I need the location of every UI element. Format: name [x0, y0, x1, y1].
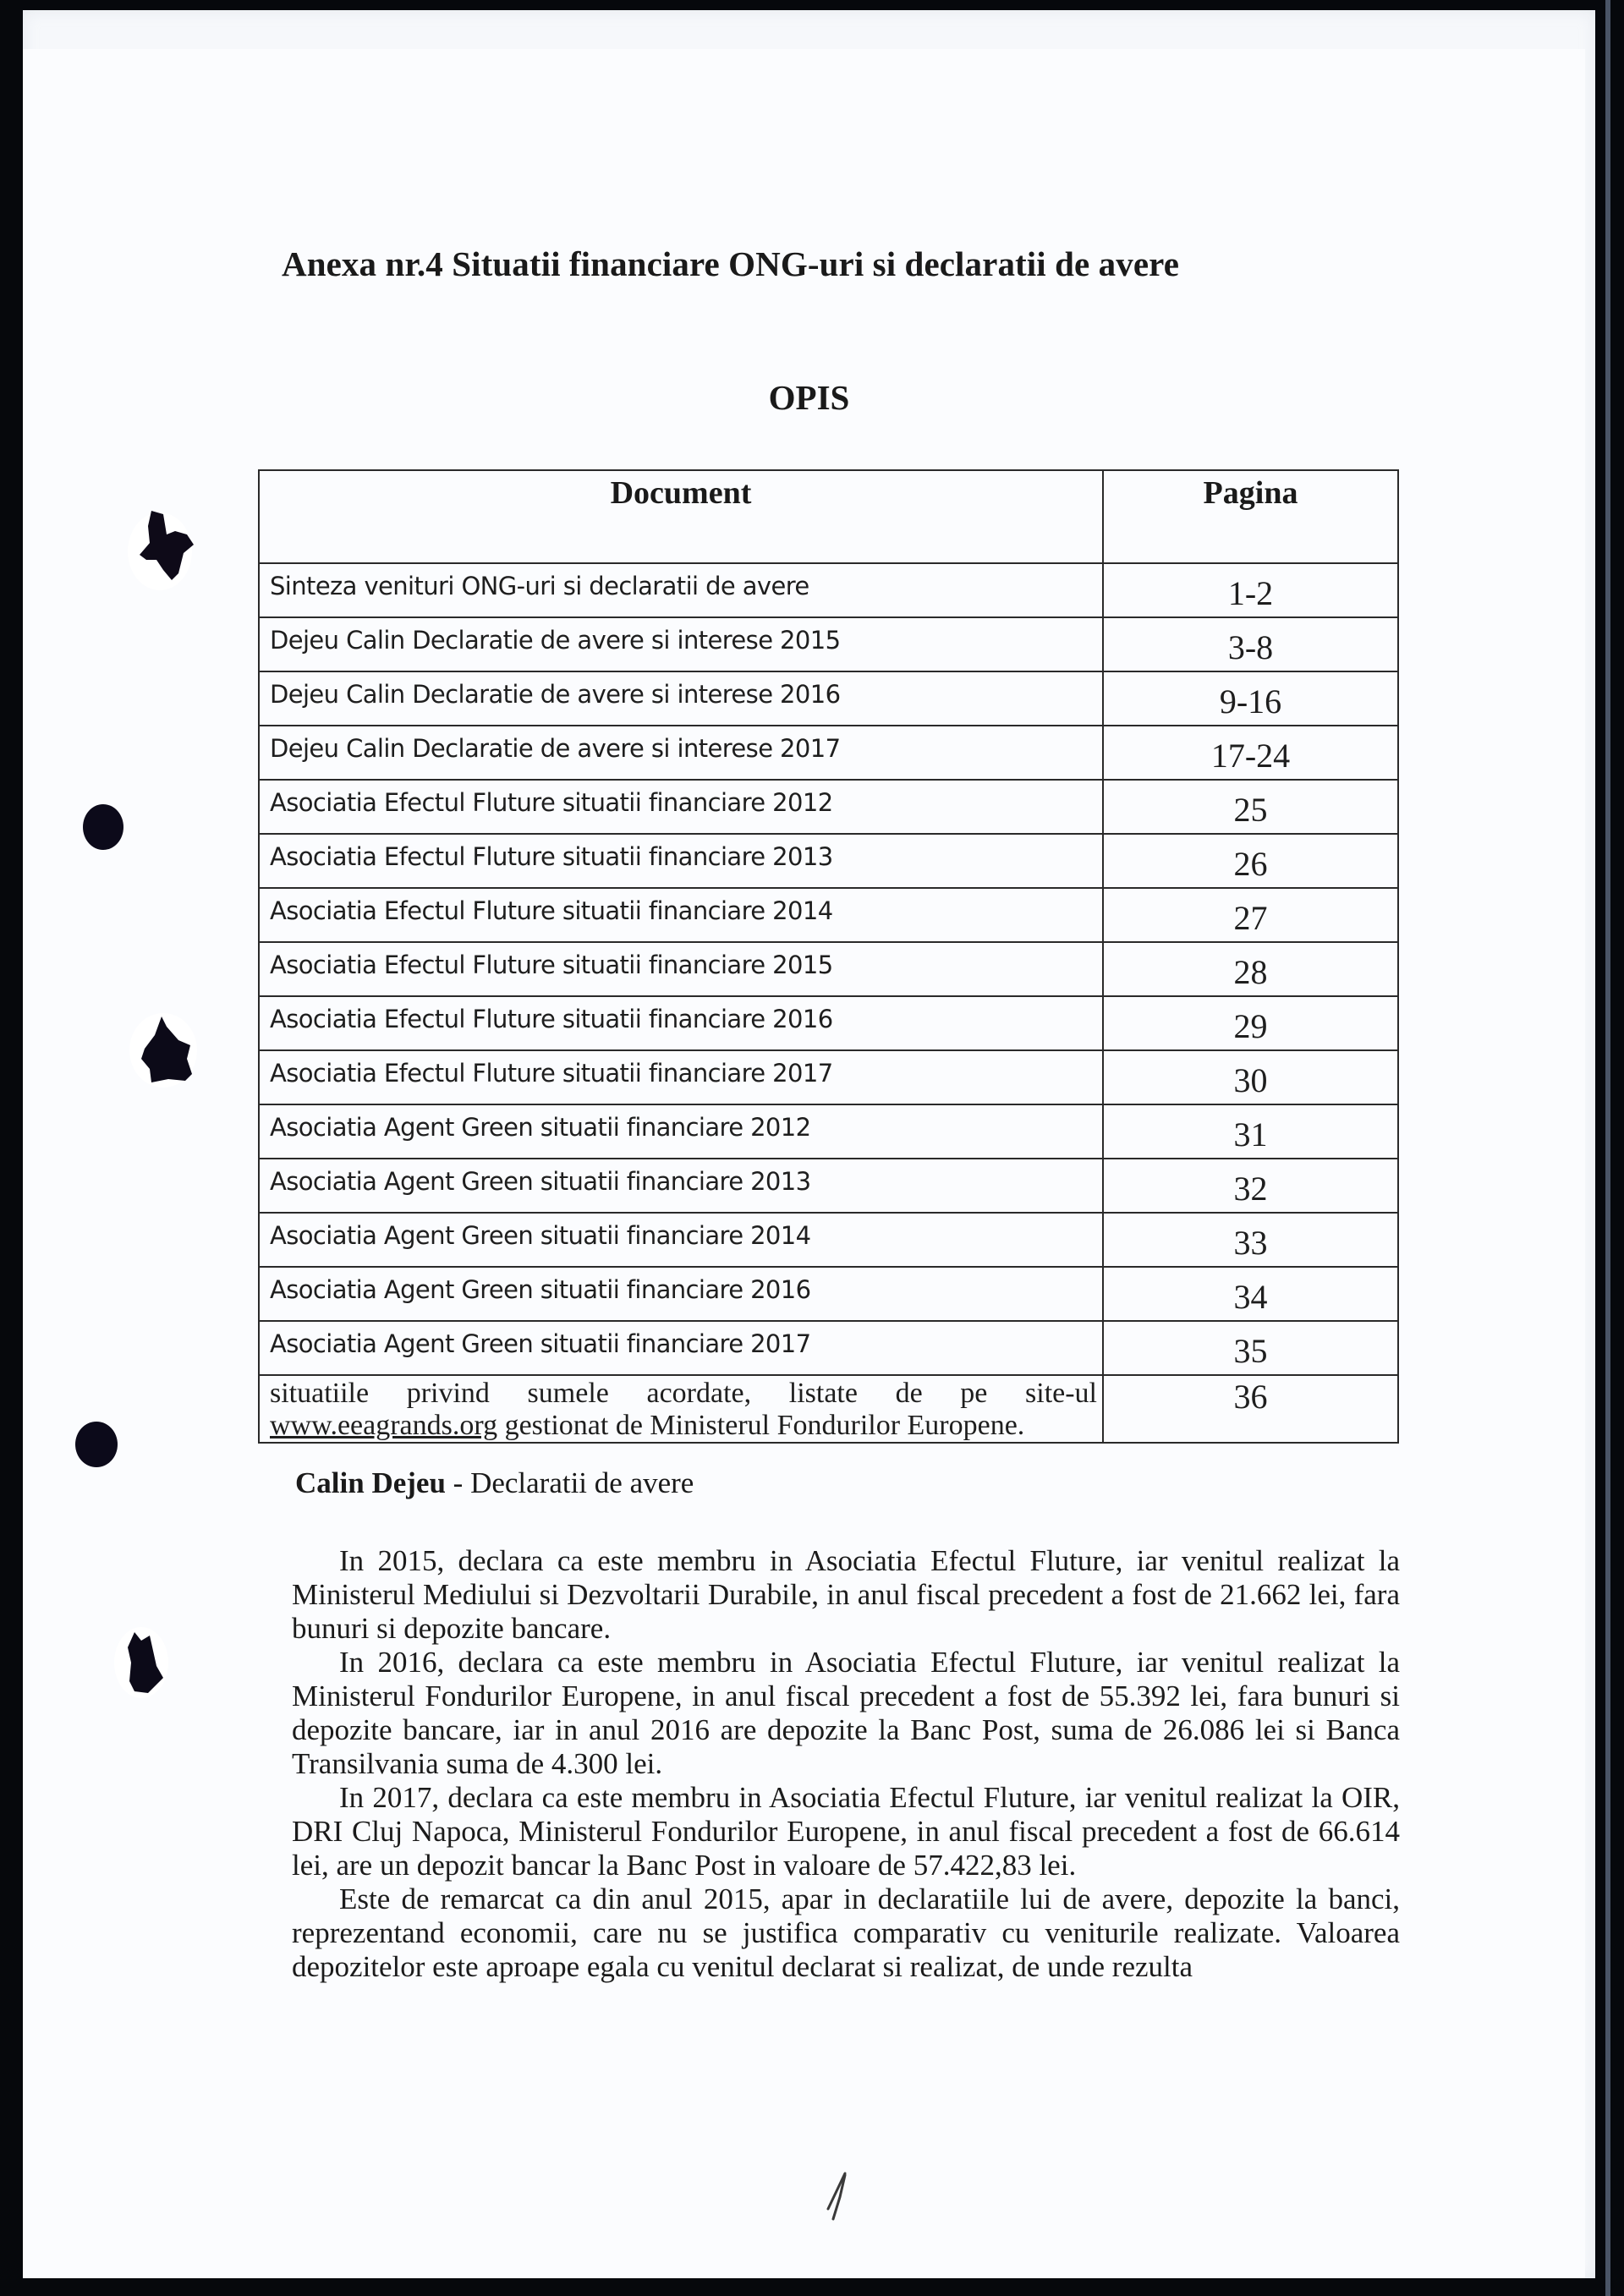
torn-punch-hole-icon	[104, 1614, 180, 1707]
table-row: Asociatia Agent Green situatii financiar…	[259, 1321, 1398, 1375]
handwritten-page-number: 1	[825, 2172, 848, 2222]
table-row: Asociatia Efectul Fluture situatii finan…	[259, 942, 1398, 996]
page-cell: 25	[1103, 780, 1398, 834]
paragraph-2015: In 2015, declara ca este membru in Asoci…	[292, 1544, 1400, 1646]
paragraph-2017: In 2017, declara ca este membru in Asoci…	[292, 1781, 1400, 1882]
opis-table-body: Sinteza venituri ONG-uri si declaratii d…	[259, 563, 1398, 1443]
page-cell: 30	[1103, 1050, 1398, 1104]
section-heading: Calin Dejeu - Declaratii de avere	[295, 1466, 694, 1500]
page-cell: 35	[1103, 1321, 1398, 1375]
table-row: Asociatia Agent Green situatii financiar…	[259, 1104, 1398, 1159]
punch-hole-icon	[82, 803, 124, 851]
table-row: Asociatia Agent Green situatii financiar…	[259, 1267, 1398, 1321]
document-cell: Asociatia Efectul Fluture situatii finan…	[259, 834, 1103, 888]
table-row: Asociatia Agent Green situatii financiar…	[259, 1213, 1398, 1267]
document-text-after-link: gestionat de Ministerul Fondurilor Europ…	[505, 1410, 1025, 1441]
table-row: Sinteza venituri ONG-uri si declaratii d…	[259, 563, 1398, 617]
torn-punch-hole-icon	[116, 492, 209, 602]
table-row: Asociatia Efectul Fluture situatii finan…	[259, 1050, 1398, 1104]
page-cell: 33	[1103, 1213, 1398, 1267]
page-cell: 26	[1103, 834, 1398, 888]
document-title: Anexa nr.4 Situatii financiare ONG-uri s…	[282, 244, 1179, 284]
page-cell: 36	[1103, 1375, 1398, 1443]
document-cell: Dejeu Calin Declaratie de avere si inter…	[259, 617, 1103, 671]
page-cell: 29	[1103, 996, 1398, 1050]
page-cell: 32	[1103, 1159, 1398, 1213]
document-cell: Asociatia Agent Green situatii financiar…	[259, 1267, 1103, 1321]
person-name: Calin Dejeu	[295, 1466, 446, 1499]
heading-separator: -	[446, 1466, 470, 1499]
table-row: Asociatia Efectul Fluture situatii finan…	[259, 780, 1398, 834]
eeagrands-link[interactable]: www.eeagrands.org	[270, 1410, 497, 1441]
table-row: Dejeu Calin Declaratie de avere si inter…	[259, 726, 1398, 780]
table-row: Asociatia Agent Green situatii financiar…	[259, 1159, 1398, 1213]
document-cell: Asociatia Efectul Fluture situatii finan…	[259, 996, 1103, 1050]
page-cell: 34	[1103, 1267, 1398, 1321]
table-row: Asociatia Efectul Fluture situatii finan…	[259, 834, 1398, 888]
table-row: Dejeu Calin Declaratie de avere si inter…	[259, 617, 1398, 671]
column-header-pagina: Pagina	[1103, 470, 1398, 563]
paragraph-2016: In 2016, declara ca este membru in Asoci…	[292, 1646, 1400, 1781]
table-row: Asociatia Efectul Fluture situatii finan…	[259, 888, 1398, 942]
table-row: Dejeu Calin Declaratie de avere si inter…	[259, 671, 1398, 726]
page-cell: 9-16	[1103, 671, 1398, 726]
paragraph-remark: Este de remarcat ca din anul 2015, apar …	[292, 1882, 1400, 1984]
opis-heading: OPIS	[23, 377, 1595, 418]
table-row: Asociatia Efectul Fluture situatii finan…	[259, 996, 1398, 1050]
document-cell: situatiile privind sumele acordate, list…	[259, 1375, 1103, 1443]
document-cell: Asociatia Agent Green situatii financiar…	[259, 1104, 1103, 1159]
page-cell: 17-24	[1103, 726, 1398, 780]
punch-hole-icon	[74, 1421, 119, 1468]
table-header-row: Document Pagina	[259, 470, 1398, 563]
document-cell: Asociatia Agent Green situatii financiar…	[259, 1213, 1103, 1267]
table-row: situatiile privind sumele acordate, list…	[259, 1375, 1398, 1443]
document-cell: Asociatia Efectul Fluture situatii finan…	[259, 1050, 1103, 1104]
page-cell: 27	[1103, 888, 1398, 942]
scanner-edge	[1605, 0, 1610, 2296]
page-cell: 1-2	[1103, 563, 1398, 617]
document-cell: Asociatia Efectul Fluture situatii finan…	[259, 942, 1103, 996]
opis-table: Document Pagina Sinteza venituri ONG-uri…	[258, 469, 1399, 1444]
document-cell: Asociatia Efectul Fluture situatii finan…	[259, 888, 1103, 942]
section-subtitle: Declaratii de avere	[470, 1466, 694, 1499]
column-header-document: Document	[259, 470, 1103, 563]
page-cell: 31	[1103, 1104, 1398, 1159]
document-cell: Dejeu Calin Declaratie de avere si inter…	[259, 726, 1103, 780]
document-cell: Asociatia Efectul Fluture situatii finan…	[259, 780, 1103, 834]
document-cell: Dejeu Calin Declaratie de avere si inter…	[259, 671, 1103, 726]
torn-punch-hole-icon	[116, 998, 209, 1099]
document-cell: Asociatia Agent Green situatii financiar…	[259, 1159, 1103, 1213]
document-cell: Sinteza venituri ONG-uri si declaratii d…	[259, 563, 1103, 617]
scanned-page: Anexa nr.4 Situatii financiare ONG-uri s…	[23, 10, 1595, 2278]
document-text-before-link: situatiile privind sumele acordate, list…	[270, 1378, 1097, 1409]
document-cell: Asociatia Agent Green situatii financiar…	[259, 1321, 1103, 1375]
body-text: In 2015, declara ca este membru in Asoci…	[292, 1544, 1400, 1984]
page-cell: 3-8	[1103, 617, 1398, 671]
page-cell: 28	[1103, 942, 1398, 996]
